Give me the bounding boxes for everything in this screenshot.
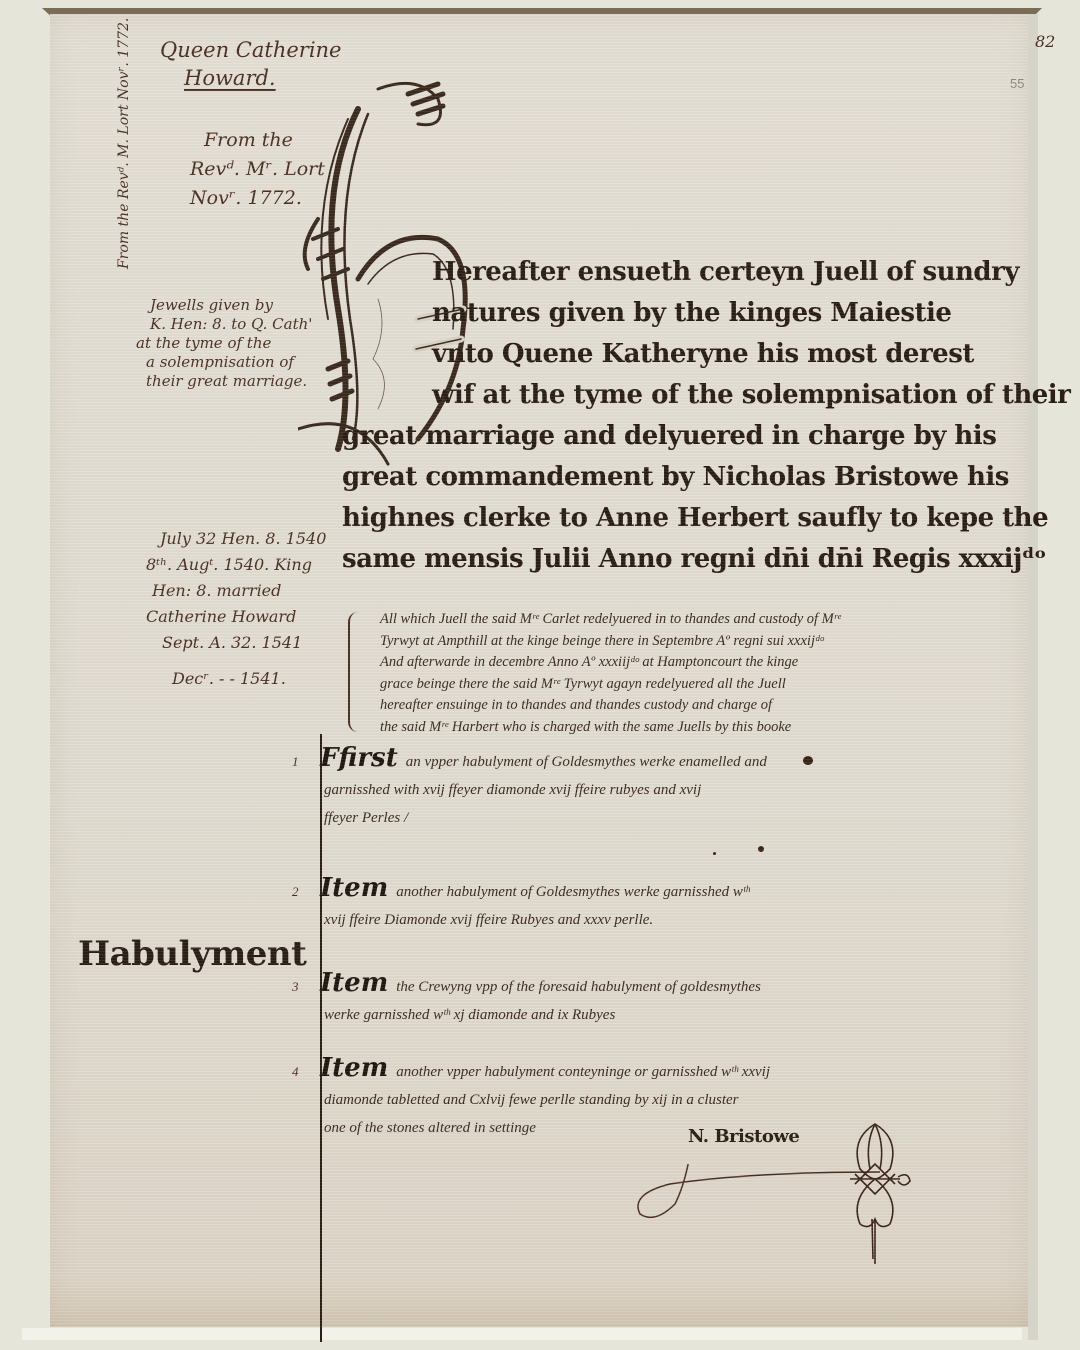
sec-line-4: grace beinge there the said Mʳᵉ Tyrwyt a… — [380, 674, 1080, 696]
sec-line-2: Tyrwyt at Ampthill at the kinge beinge t… — [380, 631, 1080, 653]
item-lead: Item — [320, 968, 388, 998]
signature: N. Bristowe — [688, 1126, 799, 1147]
item-line: garnisshed with xvij ffeyer diamonde xvi… — [320, 776, 767, 804]
sec-line-3: And afterwarde in decembre Anno Aº xxxii… — [380, 652, 1080, 674]
dates-line-1: July 32 Hen. 8. 1540 — [146, 526, 326, 552]
dates-line-5: Sept. A. 32. 1541 — [146, 630, 326, 656]
inventory-item-3: 3 Itemthe Crewyng vpp of the foresaid ha… — [320, 969, 761, 1029]
item-lead: Item — [320, 873, 388, 903]
dates-line-4: Catherine Howard — [146, 604, 326, 630]
sec-line-5: hereafter ensuinge in to thandes and tha… — [380, 695, 1080, 717]
dates-line-6: Decʳ. - - 1541. — [146, 666, 326, 692]
item-number: 3 — [292, 973, 299, 1001]
jewels-line-3: at the tyme of the — [136, 334, 312, 353]
main-line-1: Hereafter ensueth certeyn Juell of sundr… — [432, 252, 1080, 293]
notarial-flourish-icon — [830, 1119, 920, 1269]
section-heading-habulyment: Habulyment — [78, 934, 306, 974]
item-line: another vpper habulyment conteyninge or … — [396, 1064, 770, 1080]
item-line: diamonde tabletted and Cxlvij fewe perll… — [320, 1086, 770, 1114]
pencil-number: 55 — [1010, 76, 1024, 91]
ink-blot — [713, 852, 716, 855]
main-line-4: wif at the tyme of the solempnisation of… — [432, 375, 1080, 416]
jewels-line-4: a solempnisation of — [136, 353, 312, 372]
dates-note: July 32 Hen. 8. 1540 8ᵗʰ. Augᵗ. 1540. Ki… — [146, 526, 326, 692]
vertical-provenance-note: From the Revᵈ. M. Lort Novʳ. 1772. — [116, 18, 132, 269]
item-line: the Crewyng vpp of the foresaid habulyme… — [396, 979, 761, 995]
jewels-note: Jewells given by K. Hen: 8. to Q. Cath' … — [136, 296, 312, 391]
item-lead: Ffirst — [320, 743, 398, 773]
sec-line-6: the said Mʳᵉ Harbert who is charged with… — [380, 717, 1080, 739]
item-number: 4 — [292, 1058, 299, 1086]
mat-bevel-bottom — [22, 1328, 1022, 1340]
inventory-item-2: 2 Itemanother habulyment of Goldesmythes… — [320, 874, 750, 934]
bracket — [348, 612, 364, 732]
item-number: 1 — [292, 748, 299, 776]
item-line: another habulyment of Goldesmythes werke… — [396, 884, 749, 900]
main-line-6: great commandement by Nicholas Bristowe … — [342, 457, 1080, 498]
item-line: ffeyer Perles / — [320, 804, 767, 832]
item-line: werke garnisshed wᵗʰ xj diamonde and ix … — [320, 1001, 761, 1029]
main-line-3: vnto Quene Katheryne his most derest — [432, 334, 1080, 375]
main-line-2: natures given by the kinges Maiestie — [432, 293, 1080, 334]
manuscript-page: 82 55 From the Revᵈ. M. Lort Novʳ. 1772.… — [50, 14, 1028, 1327]
secretary-hand-block: All which Juell the said Mʳᵉ Carlet rede… — [380, 609, 1080, 738]
item-line: an vpper habulyment of Goldesmythes werk… — [406, 754, 767, 770]
jewels-line-2: K. Hen: 8. to Q. Cath' — [136, 315, 312, 334]
inventory-item-1: 1 Ffirstan vpper habulyment of Goldesmyt… — [320, 744, 767, 832]
dates-line-3: Hen: 8. married — [146, 578, 326, 604]
jewels-line-5: their great marriage. — [136, 372, 312, 391]
main-line-8: same mensis Julii Anno regni dn̄i dn̄i R… — [342, 539, 1080, 580]
item-number: 2 — [292, 878, 299, 906]
sec-line-1: All which Juell the said Mʳᵉ Carlet rede… — [380, 609, 1080, 631]
title-line-1: Queen Catherine — [160, 38, 341, 62]
dates-line-2: 8ᵗʰ. Augᵗ. 1540. King — [146, 552, 326, 578]
item-lead: Item — [320, 1053, 388, 1083]
jewels-line-1: Jewells given by — [136, 296, 312, 315]
main-line-5: great marriage and delyuered in charge b… — [342, 416, 1080, 457]
ink-blot — [803, 756, 813, 765]
main-text: Hereafter ensueth certeyn Juell of sundr… — [432, 252, 1080, 580]
main-line-7: highnes clerke to Anne Herbert saufly to… — [342, 498, 1080, 539]
ink-blot — [758, 846, 764, 852]
item-line: xvij ffeire Diamonde xvij ffeire Rubyes … — [320, 906, 750, 934]
folio-number: 82 — [1035, 32, 1055, 51]
